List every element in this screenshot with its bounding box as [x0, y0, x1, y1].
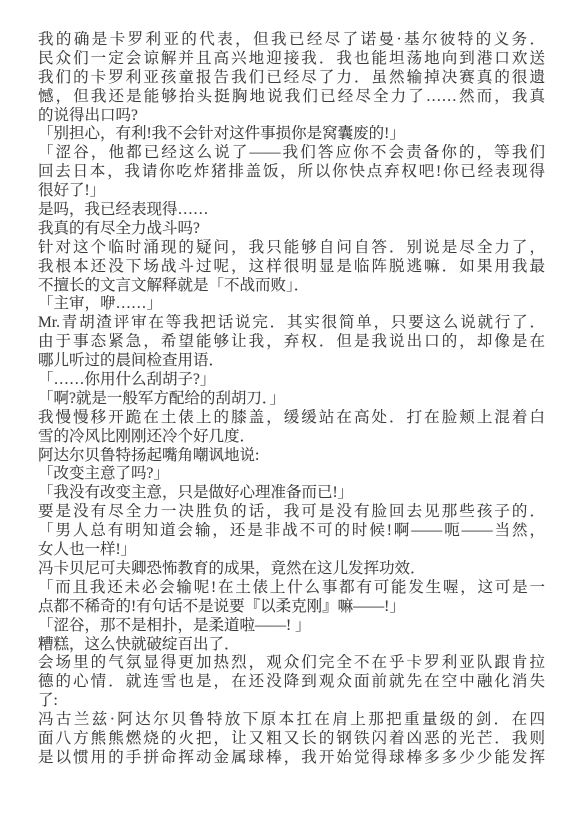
text-line: 我们的卡罗利亚孩童报告我们已经尽了力．虽然输掉决赛真的很遗	[38, 69, 545, 88]
text-line: 我真的有尽全力战斗吗?	[38, 220, 545, 239]
text-line: 女人也一样!」	[38, 541, 545, 560]
text-line: 很好了!」	[38, 182, 545, 201]
text-line: 回去日本，我请你吃炸猪排盖饭，所以你快点弃权吧!你已经表现得	[38, 163, 545, 182]
text-line: Mr.青胡渣评审在等我把话说完．其实很简单，只要这么说就行了．	[38, 314, 545, 333]
text-line: 由于事态紧急，希望能够让我，弃权．但是我说出口的，却像是在	[38, 333, 545, 352]
text-line: 我根本还没下场战斗过呢，这样很明显是临阵脱逃嘛．如果用我最	[38, 258, 545, 277]
text-line: 是吗，我已经表现得……	[38, 201, 545, 220]
text-line: 「改变主意了吗?」	[38, 465, 545, 484]
text-line: 「涩谷，那不是相扑，是柔道啦——! 」	[38, 617, 545, 636]
text-line: 德的心情．就连雪也是，在还没降到观众面前就先在空中融化消失	[38, 673, 545, 692]
page-text-block: 我的确是卡罗利亚的代表，但我已经尽了诺曼·基尔彼特的义务．民众们一定会谅解并且高…	[38, 31, 545, 768]
text-line: 糟糕，这么快就破绽百出了．	[38, 636, 545, 655]
text-line: 哪儿听过的晨间检查用语．	[38, 352, 545, 371]
text-line: 我的确是卡罗利亚的代表，但我已经尽了诺曼·基尔彼特的义务．	[38, 31, 545, 50]
text-line: 面八方熊熊燃烧的火把，让又粗又长的钢铁闪着凶恶的光芒．我则	[38, 730, 545, 749]
text-line: 「涩谷，他都已经这么说了——我们答应你不会责备你的，等我们	[38, 144, 545, 163]
text-line: 「而且我还未必会输呢!在土俵上什么事都有可能发生喔，这可是一	[38, 579, 545, 598]
text-line: 会场里的气氛显得更加热烈，观众们完全不在乎卡罗利亚队跟肯拉	[38, 654, 545, 673]
text-line: 「……你用什么刮胡子?」	[38, 371, 545, 390]
text-line: 不擅长的文言文解释就是「不战而败」．	[38, 277, 545, 296]
text-line: 的说得出口吗?	[38, 107, 545, 126]
text-line: 针对这个临时涌现的疑问，我只能够自问自答．别说是尽全力了，	[38, 239, 545, 258]
text-line: 是以惯用的手拼命挥动金属球棒，我开始觉得球棒多多少少能发挥	[38, 749, 545, 768]
text-line: 「啊?就是一般军方配给的刮胡刀．」	[38, 390, 545, 409]
text-line: 阿达尔贝鲁特扬起嘴角嘲讽地说:	[38, 447, 545, 466]
text-line: 了:	[38, 692, 545, 711]
text-line: 民众们一定会谅解并且高兴地迎接我．我也能坦荡地向到港口欢送	[38, 50, 545, 69]
text-line: 雪的冷风比刚刚还冷个好几度．	[38, 428, 545, 447]
text-line: 我慢慢移开跪在土俵上的膝盖，缓缓站在高处．打在脸颊上混着白	[38, 409, 545, 428]
text-line: 「我没有改变主意，只是做好心理准备而已!」	[38, 484, 545, 503]
text-line: 要是没有尽全力一决胜负的话，我可是没有脸回去见那些孩子的．	[38, 503, 545, 522]
novel-page: 我的确是卡罗利亚的代表，但我已经尽了诺曼·基尔彼特的义务．民众们一定会谅解并且高…	[0, 0, 583, 828]
text-line: 冯卡贝尼可夫卿恐怖教育的成果，竟然在这儿发挥功效．	[38, 560, 545, 579]
text-line: 点都不稀奇的!有句话不是说要『以柔克刚』嘛——!」	[38, 598, 545, 617]
text-line: 「别担心，有利!我不会针对这件事损你是窝囊废的!」	[38, 125, 545, 144]
text-line: 憾，但我还是能够抬头挺胸地说我们已经尽全力了……然而，我真	[38, 88, 545, 107]
text-line: 冯古兰兹·阿达尔贝鲁特放下原本扛在肩上那把重量级的剑．在四	[38, 711, 545, 730]
text-line: 「主审，咿……」	[38, 295, 545, 314]
text-line: 「男人总有明知道会输，还是非战不可的时候!啊——呃——当然，	[38, 522, 545, 541]
